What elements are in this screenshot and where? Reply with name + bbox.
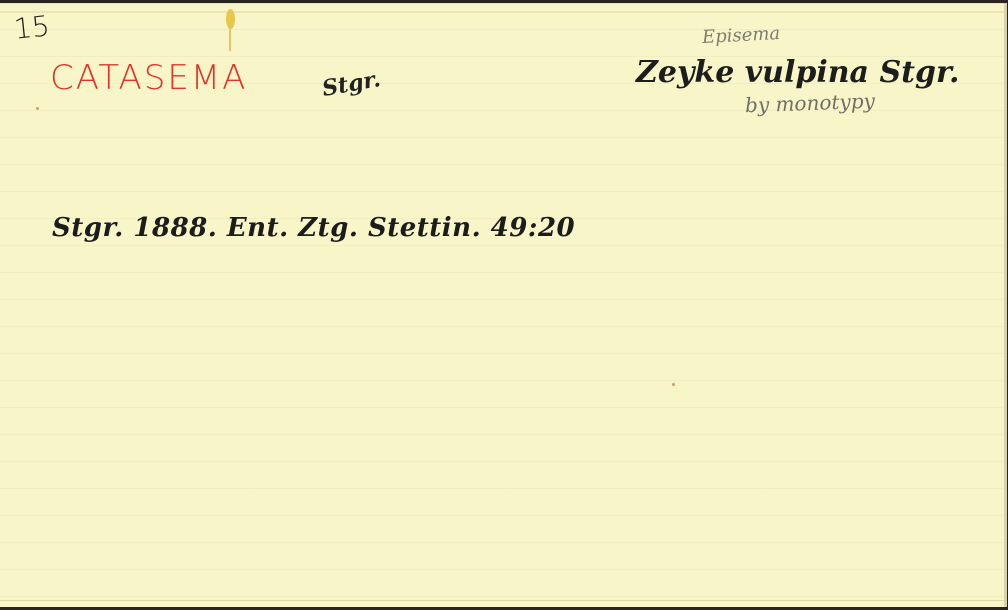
type-species: Zeyke vulpina Stgr.	[636, 55, 959, 90]
bibliographic-reference: Stgr. 1888. Ent. Ztg. Stettin. 49:20	[52, 213, 575, 243]
genus-author: Stgr.	[320, 66, 382, 102]
type-designation: by monotypy	[745, 89, 876, 118]
card-top-rule	[0, 11, 1004, 13]
genus-name: CATASEMA	[50, 58, 247, 98]
index-card: 15 CATASEMA Stgr. Episema Zeyke vulpina …	[0, 3, 1007, 607]
speck	[672, 383, 675, 386]
speck	[36, 107, 39, 110]
card-number: 15	[12, 9, 51, 46]
card-bottom-rule	[0, 600, 1004, 601]
pin-mark	[226, 9, 235, 29]
pencil-annotation: Episema	[702, 23, 781, 48]
pin-mark-tail	[229, 27, 231, 51]
